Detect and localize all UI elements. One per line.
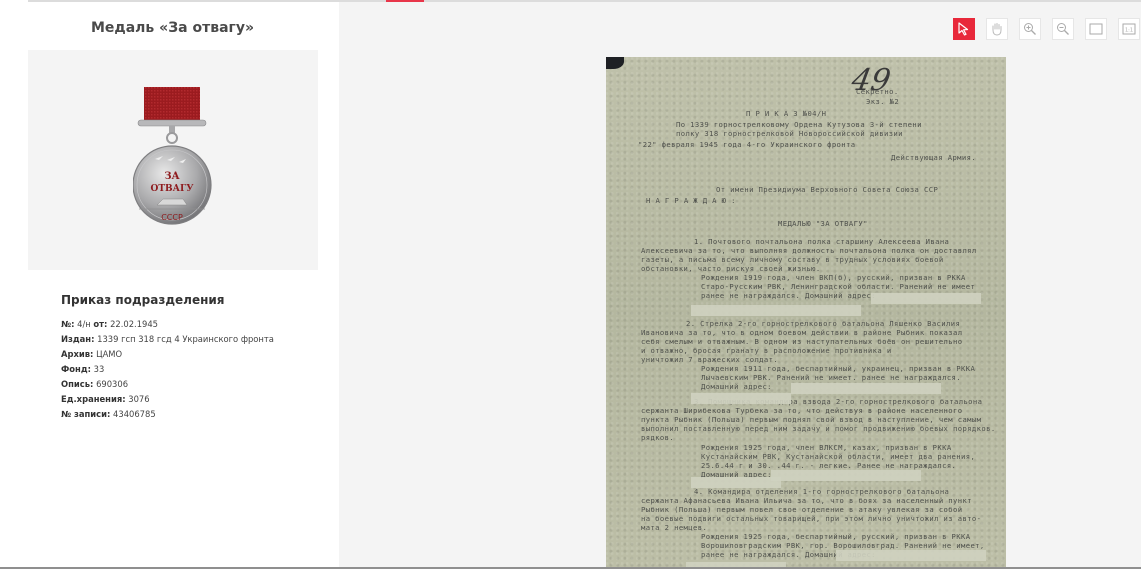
actual-size-button[interactable]: 1:1: [1118, 18, 1140, 40]
document-text-line: уничтожил 7 вражеских солдат.: [641, 355, 778, 364]
scanned-order-document[interactable]: 49 Секретно.Экз. №2П Р И К А З №04/НПо 1…: [606, 57, 1006, 569]
document-text-line: выполнил поставленную перед ним задачу и…: [641, 424, 996, 433]
svg-text:1:1: 1:1: [1125, 27, 1133, 33]
svg-text:ОТВАГУ: ОТВАГУ: [151, 184, 195, 194]
document-text-line: обстановки, часто рискуя своей жизнью.: [641, 264, 821, 273]
order-number-row: №: 4/н от: 22.02.1945: [61, 317, 274, 332]
document-text-line: Экз. №2: [866, 97, 899, 106]
document-text-line: Старо-Русским РВК, Ленинградской области…: [701, 282, 975, 291]
order-heading: Приказ подразделения: [61, 293, 274, 307]
document-text-line: МЕДАЛЬЮ "ЗА ОТВАГУ": [778, 219, 868, 228]
document-text-line: ранее не награждался. Домашний адрес:: [701, 291, 876, 300]
redacted-address: [691, 477, 781, 488]
document-text-line: газеты, а письма всему личному составу в…: [641, 255, 944, 264]
redacted-address: [836, 550, 986, 561]
document-text-line: рядков.: [641, 433, 674, 442]
document-text-line: полку 318 горнострелковой Новороссийской…: [676, 129, 903, 138]
redacted-address: [871, 293, 981, 304]
document-text-line: и отважно, бросая гранату в расположение…: [641, 346, 892, 355]
award-title: Медаль «За отвагу»: [0, 20, 345, 36]
cursor-icon: [958, 22, 970, 36]
document-text-line: Лычаевским РВК. Ранений не имеет. ранее …: [701, 373, 961, 382]
document-text-line: пункта Рыбник (Польша) первым поднял сво…: [641, 415, 981, 424]
document-text-line: 2. Стрелка 2-го горнострелкового батальо…: [686, 319, 960, 328]
archive-row: Архив: ЦАМО: [61, 347, 274, 362]
document-text-line: 25.6.44 г и 30. .44 г. - легкие. Ранее н…: [701, 461, 956, 470]
scan-corner-mark: [606, 57, 624, 69]
issued-by-row: Издан: 1339 гсп 318 гсд 4 Украинского фр…: [61, 332, 274, 347]
zoom-in-icon: [1023, 22, 1037, 36]
medal-icon: ЗА ОТВАГУ СССР: [133, 87, 213, 237]
redacted-address: [771, 470, 921, 481]
fond-row: Фонд: 33: [61, 362, 274, 377]
document-text-line: Рождения 1911 года, беспартийный, украин…: [701, 364, 975, 373]
order-info: Приказ подразделения №: 4/н от: 22.02.19…: [61, 293, 274, 422]
zoom-in-button[interactable]: [1019, 18, 1041, 40]
svg-text:СССР: СССР: [161, 213, 183, 222]
fit-page-button[interactable]: [1085, 18, 1107, 40]
svg-text:ЗА: ЗА: [164, 171, 180, 182]
document-text-line: Секретно.: [856, 87, 899, 96]
document-text-line: Домашний адрес:: [701, 382, 772, 391]
actual-size-icon: 1:1: [1122, 23, 1136, 35]
document-text-line: сержанта Ширибекова Турбека за то, что д…: [641, 406, 962, 415]
pan-tool-button[interactable]: [986, 18, 1008, 40]
document-text-line: на боевые подвиги остальных товарищей, п…: [641, 514, 981, 523]
document-text-line: Рождения 1919 года, член ВКП(б), русский…: [701, 273, 966, 282]
document-text-line: 4. Командира отделения 1-го горнострелко…: [694, 487, 949, 496]
document-text-line: 1. Почтового почтальона полка старшину А…: [694, 237, 949, 246]
zoom-out-button[interactable]: [1052, 18, 1074, 40]
redacted-address: [691, 305, 861, 316]
document-text-line: Н А Г Р А Ж Д А Ю :: [646, 196, 736, 205]
document-text-line: мата 2 немцев.: [641, 523, 707, 532]
document-text-line: Алексеевича за то, что выполняя должност…: [641, 246, 977, 255]
document-text-line: П Р И К А З №04/Н: [746, 109, 826, 118]
document-text-line: "22" февраля 1945 года 4-го Украинского …: [638, 140, 855, 149]
document-text-line: От имени Президиума Верховного Совета Со…: [716, 185, 938, 194]
document-text-line: Кустанайским РВК, Кустанайской области, …: [701, 452, 975, 461]
viewer-toolbar: 1:1: [953, 18, 1140, 40]
document-text-line: себя смелым и отважным. В одном из насту…: [641, 337, 962, 346]
document-text-line: Действующая Армия.: [891, 153, 976, 162]
hand-icon: [990, 22, 1004, 36]
redacted-address: [791, 383, 941, 394]
document-text-line: Рождения 1925 года, беспартийный, русски…: [701, 532, 970, 541]
fit-page-icon: [1089, 23, 1103, 35]
medal-image[interactable]: ЗА ОТВАГУ СССР: [28, 50, 318, 270]
document-text-line: Рыбник (Польша) первым повел свое отделе…: [641, 505, 962, 514]
award-panel: Медаль «За отвагу» ЗА ОТВА: [0, 2, 339, 567]
document-text-line: Рождения 1925 года, член ВЛКСМ, казах, п…: [701, 443, 952, 452]
document-text-line: Ивановича за то, что в одном боевом дейс…: [641, 328, 962, 337]
document-viewer[interactable]: 1:1 49 Секретно.Экз. №2П Р И К А З №04/Н…: [339, 2, 1141, 567]
inventory-row: Опись: 690306: [61, 377, 274, 392]
document-text-line: Ворошиловградским РВК, гор. Ворошиловгра…: [701, 541, 985, 550]
document-text-line: По 1339 горнострелковому Ордена Кутузова…: [676, 120, 922, 129]
document-text-line: сержанта Афанасьева Ивана Ильича за то, …: [641, 496, 972, 505]
storage-unit-row: Ед.хранения: 3076: [61, 392, 274, 407]
redacted-address: [691, 393, 791, 404]
record-number-row: № записи: 43406785: [61, 407, 274, 422]
select-tool-button[interactable]: [953, 18, 975, 40]
zoom-out-icon: [1056, 22, 1070, 36]
